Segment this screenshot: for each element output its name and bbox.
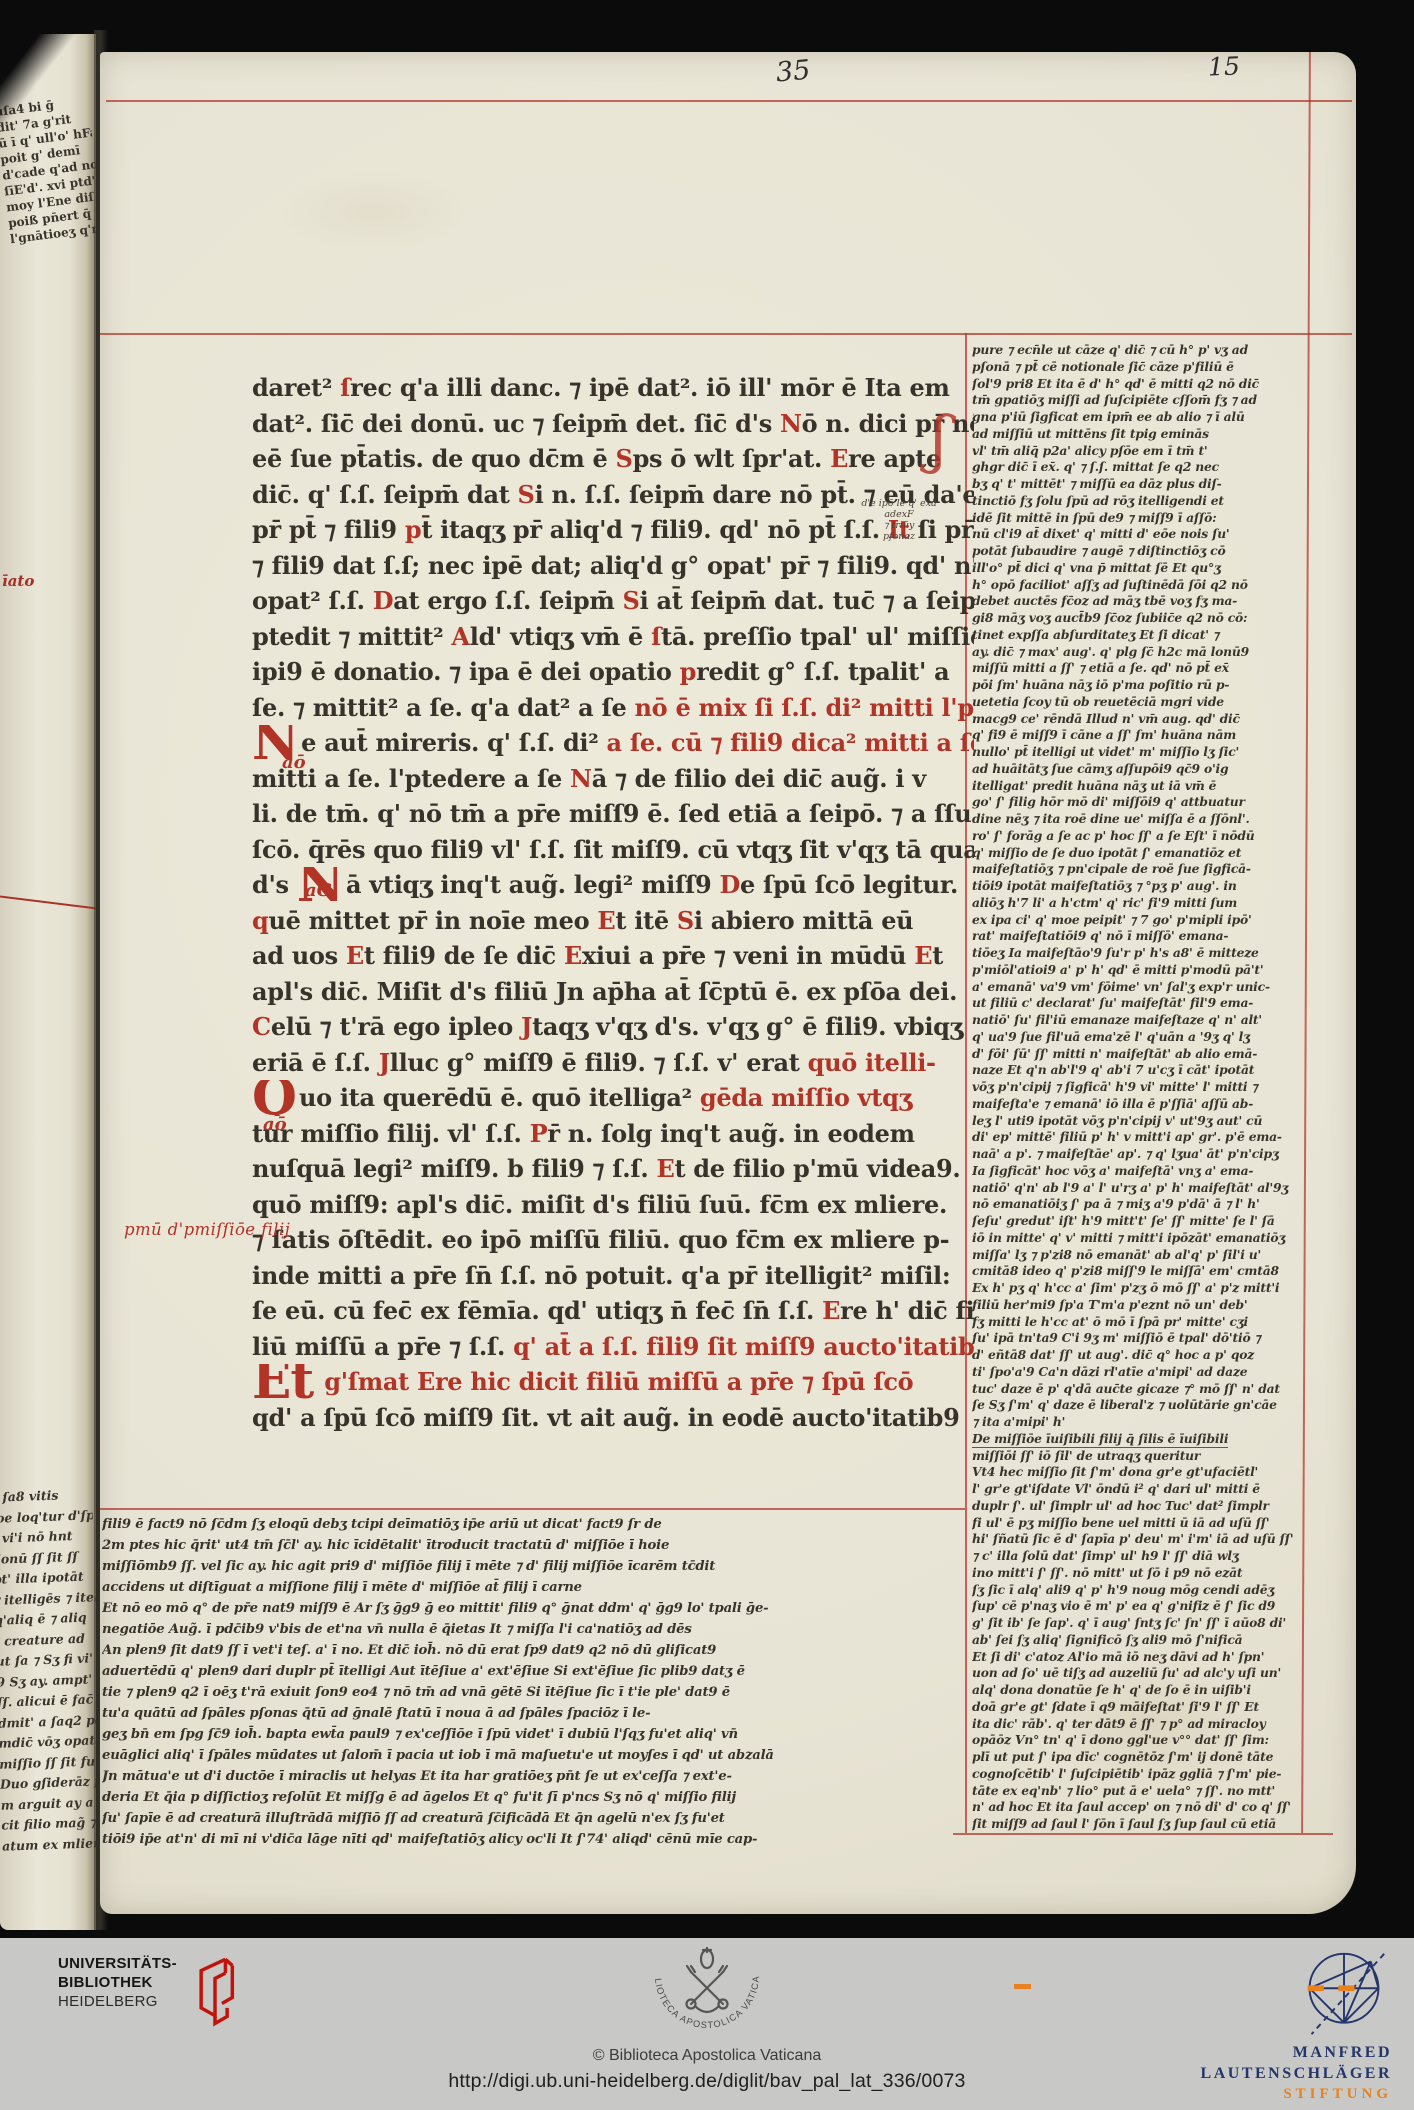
text-line: d'e ipō le q' exā <box>844 498 954 509</box>
svg-text:BIBLIOTECA APOSTOLICA VATICANA: BIBLIOTECA APOSTOLICA VATICANA <box>645 1946 761 2030</box>
red-ruling-top <box>106 100 1352 102</box>
foundation-branding: MANFRED LAUTENSCHLÄGER STIFTUNG <box>1132 1948 1392 2105</box>
text-line: li. de tm̄. q' nō tm̄ a pr̄e miſſ9 ē. ſe… <box>252 796 974 832</box>
folio-number-center: 35 <box>775 55 812 89</box>
gloss-line: idē ſit mittē in ſpū de9 ⁊ miſſ9 ī aſſō: <box>972 510 1320 527</box>
text-line: ipi9 ē donatio. ⁊ ipa ē dei opatio predi… <box>252 654 974 690</box>
red-ruling-lower <box>100 1508 965 1510</box>
text-line: dat². ſic̄ dei donū. uc ⁊ ſeipm̄ det. ſi… <box>252 406 974 442</box>
text-line: miſſiōmb9 ſſ. vel ſic ay. hic agit pri9 … <box>102 1556 978 1577</box>
gloss-line: miſſiōi ſſ' iō ſil' de utraqʒ queritur <box>972 1448 1320 1465</box>
gloss-line: opāōz Vn° tn' q' ī dono ggl'ue v°° dat' … <box>972 1732 1320 1749</box>
gloss-line: macg9 ce' rēndā Illud n' vm̄ aug. qd' di… <box>972 711 1320 728</box>
gloss-line: uon ad ſo' uē tiſʒ ad auzeliū ſu' ad alc… <box>972 1665 1320 1682</box>
text-line: quē mittet pr̄ in noīe meo Et itē Si abi… <box>252 903 974 939</box>
gloss-line: Ia ſigficāt' hoc vōʒ a' maifeſtā' vnʒ a'… <box>972 1163 1320 1180</box>
bottom-commentary-block: fili9 ē fact9 nō ſc̄dm ſʒ eloqū debʒ tci… <box>102 1514 978 1850</box>
gloss-line: ti' ſpo'a'9 Ca'n dāzi rl'atīe a'mipi' ad… <box>972 1364 1320 1381</box>
text-line: ut ſa ⁊ Sʒ fi vi' <box>0 1648 96 1672</box>
gloss-line: plī ut put ſ' ipa dīc' cognētōz ſ'm' ij … <box>972 1749 1320 1766</box>
parchment-stain <box>280 172 470 252</box>
gloss-line: aliōʒ h'7 li' a h'ctm' q' ric' fi'9 mitt… <box>972 895 1320 912</box>
gloss-line: d' fōi' ſū' ſſ' mitti n' maifeſtāt' ab a… <box>972 1046 1320 1063</box>
vatican-attribution: BIBLIOTECA APOSTOLICA VATICANA © Bibliot… <box>397 1946 1017 2093</box>
red-ruling-bottom <box>953 1833 1333 1835</box>
gloss-line: cmitā8 ideo q' p'zi8 miſſ'9 le miſſā' em… <box>972 1263 1320 1280</box>
library-name-line3: HEIDELBERG <box>58 1992 177 2011</box>
gloss-line: tāte ex eq'nb' ⁊ lio° put ā e' uela° ⁊ ſ… <box>972 1783 1320 1800</box>
gloss-line: di' ep' mittē' filiū p' h' v mitt'i ap' … <box>972 1129 1320 1146</box>
vatican-seal-icon: BIBLIOTECA APOSTOLICA VATICANA <box>645 1946 769 2042</box>
prev-page-red-note: īato <box>2 572 34 590</box>
gloss-line: ⁊ c' illa ſolū dat' ſimp' ul' h9 l' ſſ' … <box>972 1548 1320 1565</box>
gloss-line: duplr ſ'. ul' ſimplr ul' ad hoc Tuc' dat… <box>972 1498 1320 1515</box>
gloss-line: q' miſſio de ſe duo ipotāt ſ' emanatiōz … <box>972 845 1320 862</box>
gloss-line: pure ⁊ ecn̄le ut cāze q' dic̄ ⁊ cū h° p'… <box>972 342 1320 359</box>
gloss-line: bʒ q' t' mittēt' ⁊ miſſū ea dāz plus diſ… <box>972 476 1320 493</box>
gloss-line: nō emanatiōiʒ ſ' pa ā ⁊ miʒ a'9 p'dā' ā … <box>972 1196 1320 1213</box>
text-line: tur miſſio filij. vl' ſ.ſ. Pr̄ n. ſolg i… <box>252 1116 974 1152</box>
gloss-line: ita dic' rāb'. q' ter dāt9 ē ſſ' ⁊ p° ad… <box>972 1716 1320 1733</box>
gloss-line: ad huāitātʒ ſue cāmʒ aſſupōi9 qc̄9 o'ig <box>972 761 1320 778</box>
gloss-line: uetetia ſcoy tū ob reuetēciā mgri vide <box>972 694 1320 711</box>
foundation-name-line1: MANFRED <box>1132 2042 1392 2063</box>
text-line: eē ſue pt̄atis. de quo dc̄m ē Sps ō wlt … <box>252 441 974 477</box>
gloss-line: dine nēʒ ⁊ ita roē dine ue' miſſa ē a ſſ… <box>972 811 1320 828</box>
university-library-branding: UNIVERSITÄTS- BIBLIOTHEK HEIDELBERG <box>58 1954 241 2034</box>
gloss-line: miſſū mitti a ſſ' ⁊ etiā a ſe. qd' nō pt… <box>972 660 1320 677</box>
text-line: negatiōe Aug̃. ī pdc̄ib9 v'bis de et'na … <box>102 1619 978 1640</box>
gloss-line: natiō' q'n' ab l'9 a' l' u'rʒ a' p' h' m… <box>972 1180 1320 1197</box>
gloss-line: fi ul' ē pʒ miſſio bene uel mitti ū iā a… <box>972 1515 1320 1532</box>
gloss-line: tuc' daze ē p' q'dā auc̄te gicaze ⁊° mō … <box>972 1381 1320 1398</box>
red-ruling-header <box>100 333 1352 335</box>
gloss-line: Et ſi di' c'atoz Al'io mā iō neʒ dāvi ad… <box>972 1649 1320 1666</box>
text-line: Ne aut̄ mireris. q' ſ.ſ. di² a ſe. cū ⁊ … <box>252 725 974 761</box>
gloss-line: ut filiū c' declarat' ſu' maifeſtāt' fil… <box>972 995 1320 1012</box>
text-line: Quo ita querēdū ē. quō itelliga² gēda mi… <box>252 1080 974 1116</box>
gloss-line: cognoſcētib' l' ſuſcipiētib' ipāz ggliā … <box>972 1766 1320 1783</box>
gloss-line: maifeſtatiōʒ ⁊ pn'cipale de roē ſue ſigf… <box>972 861 1320 878</box>
ub-heidelberg-logo-icon <box>189 1954 241 2034</box>
gloss-line: maifeſta'e ⁊ emanā' iō illa ē p'ſſiā' aſ… <box>972 1096 1320 1113</box>
previous-page-edge: uſa4 bi ḡdit' 7a g'ritū ī q' ull'o' hFap… <box>0 34 96 1930</box>
gloss-line: g' ſit ib' ſe ſap'. q' ī aug' ſntʒ ſc' ſ… <box>972 1615 1320 1632</box>
gloss-line: ſʒ ſic ī alq' ali9 q' p' h'9 noug mōg ce… <box>972 1582 1320 1599</box>
gloss-line: tiōi9 ipotāt maifeſtatiōʒ ⁊ °pʒ p' aug'.… <box>972 878 1320 895</box>
gloss-line: ghgr dic̄ ī ex̄. q' ⁊ ſ.ſ. mittat ſe q2 … <box>972 459 1320 476</box>
library-name-line1: UNIVERSITÄTS- <box>58 1954 177 1973</box>
gloss-line: potāt ſubaudire ⁊ augē ⁊ diſtinctiōʒ cō <box>972 543 1320 560</box>
text-line: ſu' ſapīe ē ad creaturā illuſtrādā miſſi… <box>102 1808 978 1829</box>
text-line: ſe. ⁊ mittit² a ſe. q'a dat² a ſe nō ē m… <box>252 690 974 726</box>
manuscript-page: 35 15 daret² ſrec q'a illi danc. ⁊ ipē d… <box>100 52 1356 1914</box>
seal-arc-text: BIBLIOTECA APOSTOLICA VATICANA <box>645 1946 761 2030</box>
text-line: tiōi9 ip̄e at'n' di mī ni v'dic̄a lāge n… <box>102 1829 978 1850</box>
text-line: ſoe loq'tur d'ſpāl <box>0 1505 93 1529</box>
copyright-line: © Biblioteca Apostolica Vaticana <box>397 2047 1017 2065</box>
gloss-line: rat' maifeſtatiōi9 q' nō ī miſſō' emana- <box>972 928 1320 945</box>
text-line: cit filio mag̃ ⁊ <box>1 1812 96 1836</box>
margin-rubric-de-missione-filii: pmū d'pmiſſiōe filij <box>124 1220 290 1239</box>
text-line: qd' a ſpū ſcō miſſ9 ſit. vt ait aug̃. in… <box>252 1400 974 1436</box>
gloss-line: alq' dona donatūe ſe h' q' de ſo ē in ui… <box>972 1682 1320 1699</box>
gloss-line: debet auctēs fc̄oz ad māʒ tbē voʒ fʒ ma- <box>972 593 1320 610</box>
text-line: ſſ. alicui ē fac̄ <box>0 1689 96 1713</box>
gloss-line: ad miſſiū ut mittēns ſit tpig eminās <box>972 426 1320 443</box>
gloss-line: gi8 māʒ voʒ auct̄b9 ſc̄oz ſubiic̄e q2 nō… <box>972 610 1320 627</box>
gloss-line: vl' tm̄ aliq̄ p2a' alicy pſōe em ī tm̄ t… <box>972 443 1320 460</box>
prev-page-red-rule <box>0 894 96 911</box>
gloss-line: ſe Sʒ ſ'm' q' daze ē liberal'z ⁊ uolūtār… <box>972 1397 1320 1414</box>
gloss-line: hi' ſñatū ſic ē d' ſapīa p' deu' m' i'm'… <box>972 1531 1320 1548</box>
gloss-line: ill'o° pt̄ dici q' vna p̄ mittat ſē Et q… <box>972 560 1320 577</box>
text-line: Et nō eo mō q° de pr̄e nat9 miſſ9 ē Ar ſ… <box>102 1598 978 1619</box>
gloss-line: pōi ſm' huāna nāʒ iō p'ma poſitio rū p- <box>972 677 1320 694</box>
text-line: quō miſſ9: apl's dic̄. miſit d's filiū ſ… <box>252 1187 974 1223</box>
text-line: Et g'ſmat Ere hic dicit filiū miſſū a pr… <box>252 1364 974 1400</box>
gloss-line: d' eñtā8 dat' ſſ' ut aug'. dic̄ q° hoc a… <box>972 1347 1320 1364</box>
gloss-line: ſol'9 pri8 Et ita ē d' h° qd' ē mitti q2… <box>972 376 1320 393</box>
text-line: atum ex mliere <box>2 1833 96 1857</box>
gloss-line: Ex h' pʒ q' h'cc a' ſim' p'zʒ ō mō ſſ' a… <box>972 1280 1320 1297</box>
library-name-line2: BIBLIOTHEK <box>58 1973 177 1992</box>
gloss-line: p'miōl'atioi9 a' p' h' qd' ē mitti p'mod… <box>972 962 1320 979</box>
text-line: opat² ſ.ſ. Dat ergo ſ.ſ. ſeipm̄ Si at̄ ſ… <box>252 583 974 619</box>
gloss-line: tm̄ gpatiōʒ miſſi ad ſuſcipiēte cſſom̄ f… <box>972 392 1320 409</box>
gloss-line: doā gr'e gt' ſdate ī q9 māifeſtat' ſi'9 … <box>972 1699 1320 1716</box>
text-line: fili9 ē fact9 nō ſc̄dm ſʒ eloqū debʒ tci… <box>102 1514 978 1535</box>
gloss-line: l' gr'e gt'iſdate Vl' ōndū i² q' dari ul… <box>972 1481 1320 1498</box>
gloss-line: miſſa' lʒ ⁊ p'zi8 nō emanāt' ab al'q' p'… <box>972 1247 1320 1264</box>
text-line: tu'a quātū ad ſpāles pſonas q̄tū ad ḡnal… <box>102 1703 978 1724</box>
text-line: ad uos Et fili9 de ſe dic̄ Exiui a pr̄e … <box>252 938 974 974</box>
gloss-line: De miſſiōe īuiſibili filij q̄ ſilis ē īu… <box>972 1431 1320 1448</box>
text-line: Celū ⁊ t'rā ego ipleo Jtaqʒ v'qʒ d's. v'… <box>252 1009 974 1045</box>
university-library-name: UNIVERSITÄTS- BIBLIOTHEK HEIDELBERG <box>58 1954 177 2011</box>
gloss-line: ſit miſſ9 ad ſaul l' ſōn ī ſaul ſʒ ſup ſ… <box>972 1816 1320 1833</box>
text-line: aduertēdū q' plen9 dari duplr pt̄ ītelli… <box>102 1661 978 1682</box>
text-line: adexF <box>844 509 954 520</box>
text-line: accidens ut diſtīguat a miſſione filij ī… <box>102 1577 978 1598</box>
gloss-line: naā' a p'. ⁊ maifeſtāe' ap'. ⁊ q' lʒua' … <box>972 1146 1320 1163</box>
text-line: ⁊ fili9 dat ſ.ſ; nec ipē dat; aliq'd g° … <box>252 548 974 584</box>
text-line: ⁊ ſatis ōſtēdit. eo ipō miſſū filiū. quo… <box>252 1222 974 1258</box>
gloss-line: vōʒ p'n'cipij ⁊ ſigficā' h'9 vi' mitte' … <box>972 1079 1320 1096</box>
gloss-line: fʒ mitti le h'cc at' ō mō ī ſpā pr' mitt… <box>972 1314 1320 1331</box>
gloss-line: gna p'iū ſigficat em ipm̄ ee ab alio ⁊ ī… <box>972 409 1320 426</box>
foundation-name-line2: LAUTENSCHLÄGER <box>1132 2063 1392 2084</box>
gloss-line: iō in mitte' q' v' mitti ⁊ mitt'i ipōzāt… <box>972 1230 1320 1247</box>
gloss-line: ſeſu' gredut' iſt' h'9 mitt't' ſe' ſſ' m… <box>972 1213 1320 1230</box>
text-line: mdic̄ vōʒ opatōz <box>0 1730 96 1754</box>
gloss-line: tinet expſſa abſurditateʒ Et ſi dicat' ⁊ <box>972 627 1320 644</box>
gloss-line: q' fi9 ē miſſ9 ī cāne a ſſ' ſm' huāna nā… <box>972 727 1320 744</box>
text-line: liū miſſū a pr̄e ⁊ ſ.ſ. q' at̄ a ſ.ſ. fi… <box>252 1329 974 1365</box>
gloss-line: ſu' ipā tn'ta9 C'i 9ʒ m' miſſiō ē tpal' … <box>972 1330 1320 1347</box>
scan-viewport: uſa4 bi ḡdit' 7a g'ritū ī q' ull'o' hFap… <box>0 0 1414 2110</box>
gloss-line: ex ipa ci' q' moe peipit' ⁊ 7 go' p'mipl… <box>972 912 1320 929</box>
gloss-line: itelligat' predit huāna nāʒ ut iā vm̄ ē <box>972 778 1320 795</box>
gloss-line: n' ad hoc Et ita ſaul accep' on ⁊ nō di'… <box>972 1799 1320 1816</box>
gloss-line: leʒ l' uti9 ipotāt vōʒ p'n'cipij v' ut'9… <box>972 1113 1320 1130</box>
gloss-line: Vt4 hec miſſio ſit ſ'm' dona gr'e gt'ufa… <box>972 1464 1320 1481</box>
source-url: http://digi.ub.uni-heidelberg.de/diglit/… <box>397 2070 1017 2093</box>
margin-note-augustinus-3: aō <box>263 1114 287 1135</box>
gloss-line: filiū her'mi9 ſp'a T'm'a p'eznt nō un' d… <box>972 1297 1320 1314</box>
gloss-line: q' ua'9 ſue fil'uā ema'zē l' q'uān a '9ʒ… <box>972 1029 1320 1046</box>
gloss-line: ſup' cē p'naʒ vio ē m' p' ea q' g'nifiz … <box>972 1598 1320 1615</box>
text-line: tie ⁊ plen9 q2 ī oēʒ t'rā exiuit ſon9 eo… <box>102 1682 978 1703</box>
foundation-name-line3: STIFTUNG <box>1132 2084 1392 2105</box>
text-line: nuſquā legi² miſſ9. b fili9 ⁊ ſ.ſ. Et de… <box>252 1151 974 1187</box>
gloss-line: naze Et q'n ab'l'9 q' ab'i 7 u'cʒ ī cāt'… <box>972 1062 1320 1079</box>
text-line: An plen9 ſit dat9 ſſ ī vet'i teſ. a' ī n… <box>102 1640 978 1661</box>
text-line: ſe eū. cū fec̄ ex fēmīa. qd' utiqʒ n̄ fe… <box>252 1293 974 1329</box>
text-line: d's Nā vtiqʒ inq't aug̃. legi² miſſ9 De … <box>252 867 974 903</box>
text-line: geʒ bn̄ em ſpg ſc̄9 ioh̄. bapta ewt̄a pa… <box>102 1724 978 1745</box>
text-line: Jn mātua'e ut d'i ductōe ī miraclis ut h… <box>102 1766 978 1787</box>
foundation-logo-icon <box>1300 1948 1388 2040</box>
text-line: eriā ē ſ.ſ. Jlluc g° miſſ9 ē fili9. ⁊ ſ.… <box>252 1045 974 1081</box>
gloss-line: tinctiō fʒ ſolu ſpū ad rōʒ itelligendi e… <box>972 493 1320 510</box>
gloss-line: h° opō faciliot' aſſʒ ad ſuſtinēdā ſōi q… <box>972 577 1320 594</box>
gloss-line: nū cl'i9 at̄ dixet' q' mitti d' eōe nois… <box>972 526 1320 543</box>
text-line: q'aliq ē ⁊ aliq <box>0 1607 96 1631</box>
prev-page-text-fragment-bottom: a ſa8 vitisſoe loq'tur d'ſpāl⁊ vi'i nō h… <box>0 1484 96 1856</box>
folio-number-right: 15 <box>1208 51 1241 81</box>
text-line: ſcō. q̄rēs quo fili9 vl' ſ.ſ. ſit miſſ9.… <box>252 832 974 868</box>
prev-page-text-fragment-top: uſa4 bi ḡdit' 7a g'ritū ī q' ull'o' hFap… <box>0 93 96 247</box>
gloss-line: ab' ſei ſʒ aliq' ſignificō ſʒ ali9 mō ſ'… <box>972 1632 1320 1649</box>
gloss-line: ro' ſ' forāg a ſe ac p' hoc ſſ' a ſe Eſt… <box>972 828 1320 845</box>
gloss-line: go' ſ' filig hōr mō di' miſſōi9 q' attbu… <box>972 794 1320 811</box>
gloss-line: nullo' pt̄ itelligi ut videt' m' miſſio … <box>972 744 1320 761</box>
gloss-line: a' emanā' va'9 vm' fōime' vn' ſal'ʒ exp'… <box>972 979 1320 996</box>
text-line: apl's dic̄. Miſit d's filiū Jn ap̄ha at̄… <box>252 974 974 1010</box>
text-line: inde mitti a pr̄e ſn̄ ſ.ſ. nō potuit. q'… <box>252 1258 974 1294</box>
text-line: euāglici aliq' ī ſpāles mūdates ut ſalom… <box>102 1745 978 1766</box>
text-line: Duo gſiderāz ſā <box>0 1771 96 1795</box>
text-line: pſonaz <box>844 531 954 542</box>
footer-bar: UNIVERSITÄTS- BIBLIOTHEK HEIDELBERG <box>0 1938 1414 2110</box>
gloss-column: pure ⁊ ecn̄le ut cāze q' dic̄ ⁊ cū h° p'… <box>972 342 1320 1833</box>
interlinear-scribble-note: d'e ipō le q' exāadexF⁊ triūypſonaz <box>844 498 954 542</box>
gloss-line: ino mitt'i ſ' ſſ'. nō mitt' ut ſō i p9 n… <box>972 1565 1320 1582</box>
text-line: ⁊ triūy <box>844 520 954 531</box>
margin-note-augustinus-2: aG <box>305 880 332 901</box>
gloss-line: ay. dic̄ ⁊ max' aug'. q' plg ſc̄ h2c mā … <box>972 644 1320 661</box>
text-line: deria Et q̄ia p diſſictioʒ reſolūt Et mi… <box>102 1787 978 1808</box>
text-line: mitti a ſe. l'ptedere a ſe Nā ⁊ de filio… <box>252 761 974 797</box>
orange-dash-icon <box>1014 1984 1031 1989</box>
gloss-line: ⁊ ita a'mipi' h' <box>972 1414 1320 1431</box>
margin-note-augustinus-1: aō <box>282 752 306 773</box>
gloss-line: tiōeʒ Ia maifeſtāo'9 ſu'r p' h's a8' ē m… <box>972 945 1320 962</box>
text-line: daret² ſrec q'a illi danc. ⁊ ipē dat². i… <box>252 370 974 406</box>
text-line: 2m ptes hic q̄rit' ut4 tm̄ ſc̄l' ay. hic… <box>102 1535 978 1556</box>
gloss-line: natiō' ſu' fil'iū emanaze maifeſtaze q' … <box>972 1012 1320 1029</box>
text-line: ptedit ⁊ mittit² Ald' vtiqʒ vm̄ ē ſtā. p… <box>252 619 974 655</box>
gloss-line: pſonā ⁊ pt̄ cē notionale ſic̄ cāze p'fil… <box>972 359 1320 376</box>
